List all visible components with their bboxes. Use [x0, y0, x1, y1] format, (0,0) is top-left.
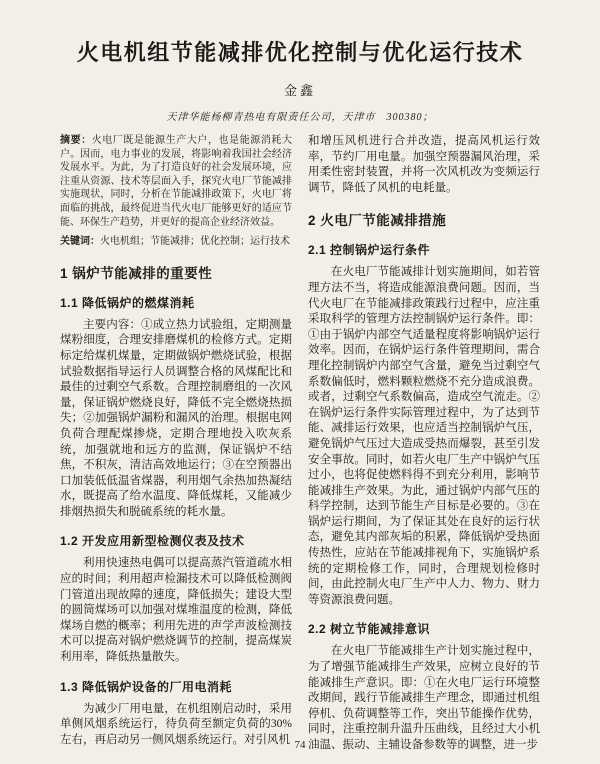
- section-2-heading: 2 火电厂节能减排措施: [308, 209, 540, 229]
- right-column: 和增压风机进行合并改造，提高风机运行效率，节约厂用电量。加强空预器漏风治理，采用…: [308, 134, 540, 754]
- page-number: 74: [0, 739, 600, 751]
- keywords: 关键词：火电机组；节能减排；优化控制；运行技术: [60, 235, 292, 249]
- section-1-3-heading: 1.3 降低锅炉设备的厂用电消耗: [60, 678, 292, 695]
- keywords-label: 关键词：: [60, 236, 100, 247]
- section-1-heading: 1 锅炉节能减排的重要性: [60, 262, 292, 282]
- paper-page: 火电机组节能减排优化控制与优化运行技术 金鑫 天津华能杨柳青热电有限责任公司，天…: [0, 0, 600, 764]
- section-1-3-continuation: 和增压风机进行合并改造，提高风机运行效率，节约厂用电量。加强空预器漏风治理，采用…: [308, 134, 540, 196]
- section-1-2-paragraph: 利用快速热电偶可以提高蒸汽管道疏水相应的时间；利用超声检漏技术可以降低检测阀门管…: [60, 556, 292, 665]
- abstract-label: 摘要：: [60, 135, 92, 146]
- keywords-text: 火电机组；节能减排；优化控制；运行技术: [100, 236, 290, 247]
- left-column: 摘要：火电厂既是能源生产大户，也是能源消耗大户。因而，电力事业的发展，将影响着我…: [60, 134, 292, 754]
- section-1-1-paragraph: 主要内容：①成立热力试验组，定期测量煤粉细度，合理安排磨煤机的检修方式。定期标定…: [60, 318, 292, 521]
- section-1-2-heading: 1.2 开发应用新型检测仪表及技术: [60, 532, 292, 549]
- abstract: 摘要：火电厂既是能源生产大户，也是能源消耗大户。因而，电力事业的发展，将影响着我…: [60, 134, 292, 229]
- section-2-1-heading: 2.1 控制锅炉运行条件: [308, 241, 540, 258]
- section-2-2-heading: 2.2 树立节能减排意识: [308, 620, 540, 637]
- section-1-1-heading: 1.1 降低锅炉的燃煤消耗: [60, 294, 292, 311]
- section-2-1-paragraph: 在火电厂节能减排计划实施期间，如若管理方法不当，将造成能源浪费问题。因而，当代火…: [308, 265, 540, 608]
- section-2-2-paragraph: 在火电厂节能减排生产计划实施过程中，为了增强节能减排生产效果，应树立良好的节能减…: [308, 644, 540, 753]
- paper-title: 火电机组节能减排优化控制与优化运行技术: [60, 36, 540, 67]
- author-name: 金鑫: [60, 80, 540, 99]
- abstract-text: 火电厂既是能源生产大户，也是能源消耗大户。因而，电力事业的发展，将影响着我国社会…: [60, 135, 292, 228]
- two-column-body: 摘要：火电厂既是能源生产大户，也是能源消耗大户。因而，电力事业的发展，将影响着我…: [60, 134, 540, 754]
- affiliation: 天津华能杨柳青热电有限责任公司，天津市 300380；: [60, 108, 540, 123]
